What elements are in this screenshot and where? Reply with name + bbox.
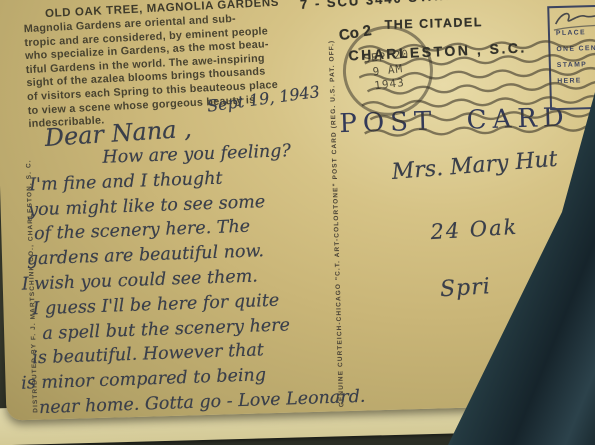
free-frank-scribble-icon xyxy=(551,6,595,32)
return-address-place: THE CITADEL xyxy=(384,15,483,32)
postmark-year-line: 1943 xyxy=(374,76,406,93)
printed-caption: OLD OAK TREE, MAGNOLIA GARDENS Magnolia … xyxy=(23,0,341,132)
caption-body: Magnolia Gardens are oriental and sub- t… xyxy=(24,8,341,132)
recipient-street: 24 Oak xyxy=(430,215,519,244)
recipient-city: Spri xyxy=(439,274,491,302)
return-address-unit: 7 - SCU 3440 STAR xyxy=(300,0,451,12)
postcard-photo-scene: OLD OAK TREE, MAGNOLIA GARDENS Magnolia … xyxy=(0,0,595,445)
